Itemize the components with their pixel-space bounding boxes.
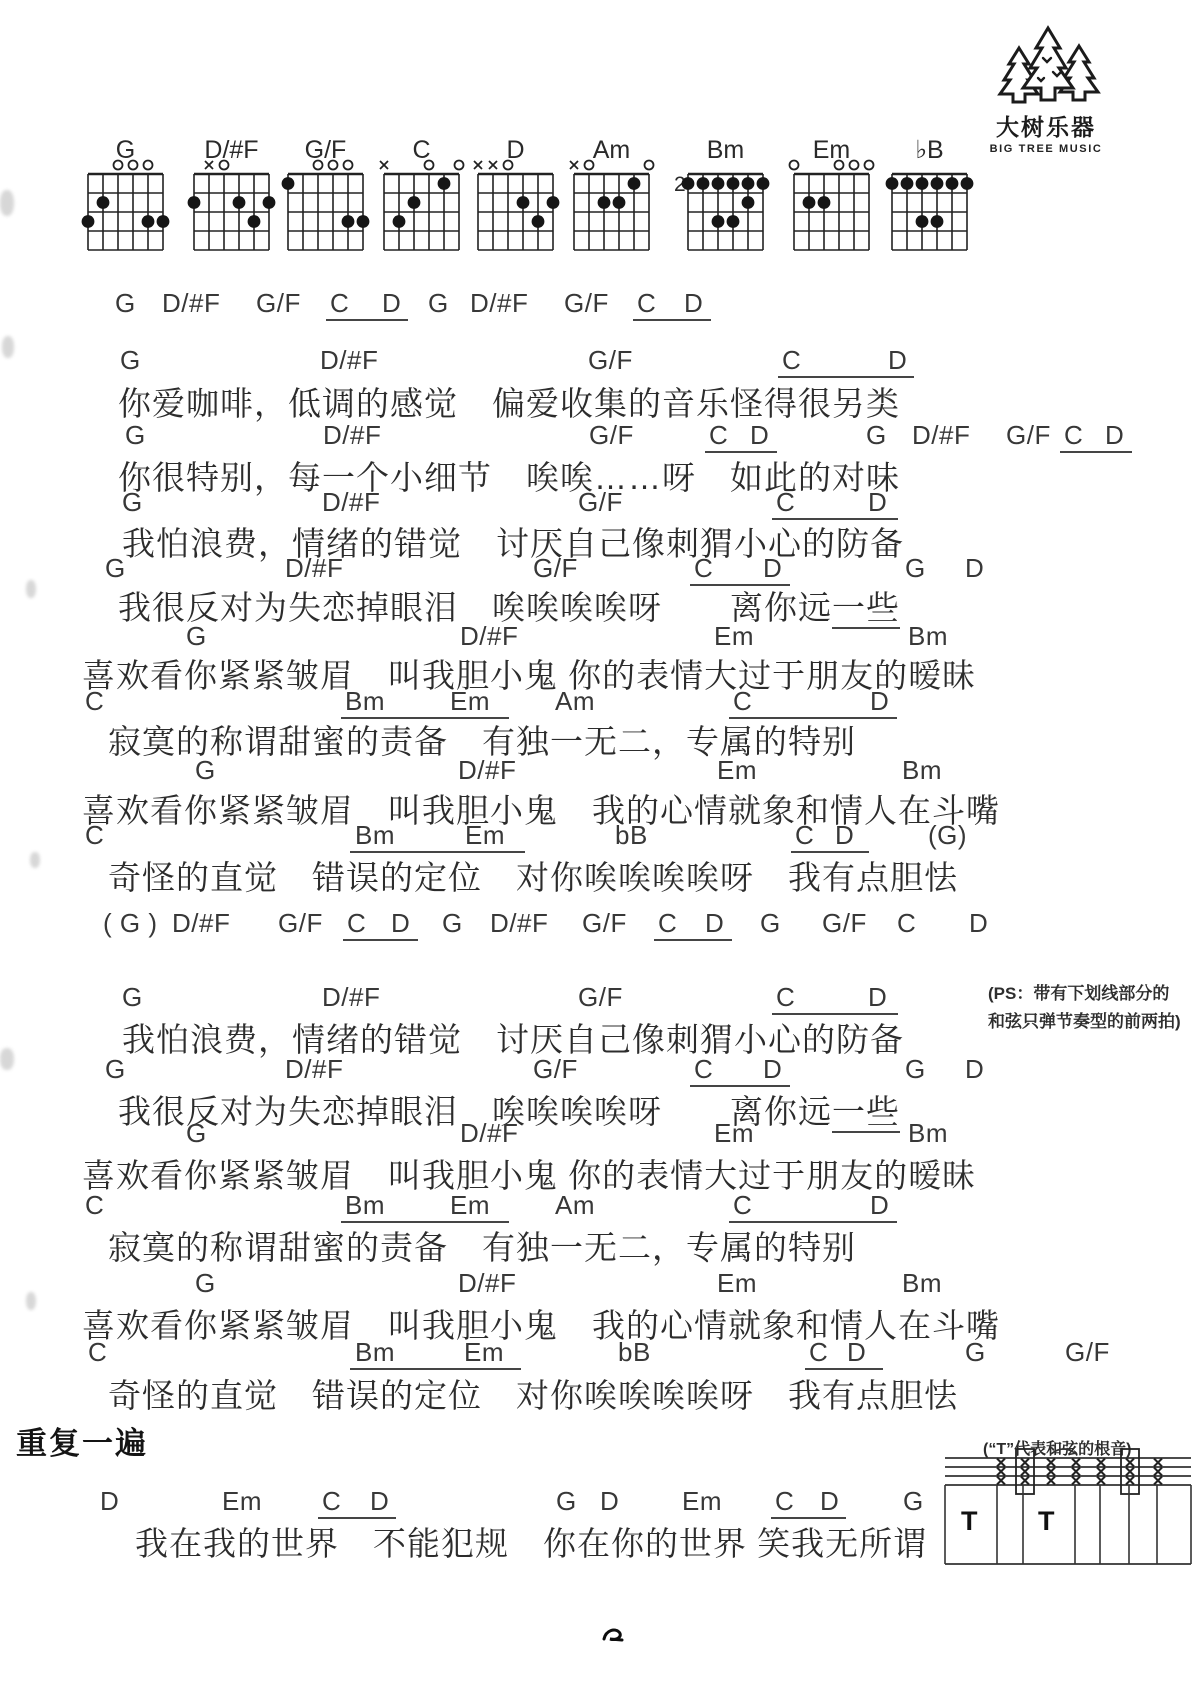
chord-token: G <box>195 755 216 786</box>
repeat-heading: 重复一遍 <box>16 1418 148 1463</box>
chord-token: D/#F <box>322 982 380 1013</box>
chord-token: Em <box>450 1190 490 1221</box>
chord-token: D <box>391 908 410 939</box>
chord-token: Em <box>222 1486 262 1517</box>
chord-token: G/F <box>1006 420 1051 451</box>
chord-token: G <box>115 288 136 319</box>
lyric-line: 你爱咖啡，低调的感觉 偏爱收集的音乐怪得很另类 <box>118 378 900 425</box>
chord-token: G/F <box>533 553 578 584</box>
chord-token: D/#F <box>458 755 516 786</box>
lyric-segment: 我在我的世界 不能犯规 你在你的世界 笑我无所谓 <box>135 1525 927 1562</box>
chord-underline <box>654 939 732 941</box>
chord-token: D <box>370 1486 389 1517</box>
big-tree-logo-icon <box>981 22 1111 106</box>
lyric-line: 喜欢看你紧紧皱眉 叫我胆小鬼 我的心情就象和情人在斗嘴 <box>82 785 1000 832</box>
lyric-segment: 寂寞的称谓甜蜜的责备 有独一无二，专属的特别 <box>108 1229 856 1266</box>
chord-token: C <box>85 1190 104 1221</box>
chord-token: D <box>969 908 988 939</box>
chord-token: C <box>694 1054 713 1085</box>
chord-token: D <box>847 1337 866 1368</box>
chord-token: C <box>733 1190 752 1221</box>
lyric-segment: 喜欢看你紧紧皱眉 叫我胆小鬼 你的表情大过于朋友的暧昧 <box>82 1157 976 1194</box>
ps-note-line2: 和弦只弹节奏型的前两拍) <box>988 1008 1181 1036</box>
chord-token: C <box>347 908 366 939</box>
footer-mark-icon <box>600 1626 628 1649</box>
chord-token: C <box>709 420 728 451</box>
chord-token: D/#F <box>172 908 230 939</box>
chord-token: G/F <box>533 1054 578 1085</box>
root-beat-label: T <box>961 1506 978 1536</box>
lyric-underlined-segment: 一些 <box>832 589 900 629</box>
lyric-segment: 我怕浪费，情绪的错觉 讨厌自己像刺猬小心的防备 <box>122 1021 904 1058</box>
chord-token: D <box>820 1486 839 1517</box>
chord-token: Em <box>464 1337 504 1368</box>
lyric-line: 我怕浪费，情绪的错觉 讨厌自己像刺猬小心的防备 <box>122 518 904 565</box>
chord-diagram-Em: Em <box>778 130 888 260</box>
chord-token: Am <box>555 686 595 717</box>
chord-token: D/#F <box>460 621 518 652</box>
chord-token: D <box>100 1486 119 1517</box>
chord-token: G <box>905 1054 926 1085</box>
lyric-underlined-segment: 一些 <box>832 1093 900 1133</box>
chord-token: D/#F <box>285 553 343 584</box>
chord-token: G <box>195 1268 216 1299</box>
chord-token: C <box>637 288 656 319</box>
chord-diagram-label: ♭B <box>915 136 943 164</box>
lyric-segment: 喜欢看你紧紧皱眉 叫我胆小鬼 我的心情就象和情人在斗嘴 <box>82 792 1000 829</box>
chord-token: G/F <box>578 487 623 518</box>
chord-token: G/F <box>822 908 867 939</box>
chord-token: D/#F <box>912 420 970 451</box>
chord-token: D/#F <box>322 487 380 518</box>
lyric-line: 喜欢看你紧紧皱眉 叫我胆小鬼 你的表情大过于朋友的暧昧 <box>82 650 976 697</box>
chord-underline <box>326 319 408 321</box>
chord-token: C <box>733 686 752 717</box>
brand-logo: 大树乐器 BIG TREE MUSIC <box>980 22 1112 155</box>
chord-underline <box>633 319 711 321</box>
chord-token: G/F <box>582 908 627 939</box>
chord-token: C <box>330 288 349 319</box>
lyric-segment: 奇怪的直觉 错误的定位 对你唉唉唉唉呀 我有点胆怯 <box>108 859 958 896</box>
chord-diagram-label: Em <box>813 136 851 164</box>
chord-token: Em <box>465 820 505 851</box>
chord-diagram-label: Bm <box>707 136 745 164</box>
chord-token: D <box>763 553 782 584</box>
lyric-segment: 我怕浪费，情绪的错觉 讨厌自己像刺猬小心的防备 <box>122 525 904 562</box>
chord-token: D <box>750 420 769 451</box>
chord-token: D <box>705 908 724 939</box>
chord-token: D <box>382 288 401 319</box>
chord-token: (G) <box>928 820 967 851</box>
chord-diagram-G: G <box>72 130 182 260</box>
chord-token: C <box>658 908 677 939</box>
chord-token: G <box>105 553 126 584</box>
chord-token: G <box>105 1054 126 1085</box>
scan-smudge <box>0 1048 14 1070</box>
chord-token: D/#F <box>320 345 378 376</box>
chord-token: C <box>322 1486 341 1517</box>
chord-token: Bm <box>902 755 942 786</box>
chord-token: D <box>870 686 889 717</box>
chord-token: C <box>776 982 795 1013</box>
chord-token: C <box>775 1486 794 1517</box>
chord-token: G <box>556 1486 577 1517</box>
scan-smudge <box>2 336 14 358</box>
chord-token: Am <box>555 1190 595 1221</box>
chord-token: D <box>888 345 907 376</box>
chord-diagram-label: Am <box>593 136 631 164</box>
chord-token: G <box>905 553 926 584</box>
ps-note-line1: (PS：带有下划线部分的 <box>988 980 1181 1008</box>
chord-token: C <box>1064 420 1083 451</box>
chord-token: C <box>694 553 713 584</box>
chord-token: Em <box>717 1268 757 1299</box>
chord-token: G/F <box>589 420 634 451</box>
chord-token: G <box>965 1337 986 1368</box>
chord-sheet-page: 大树乐器 BIG TREE MUSIC GD/#FG/FCDAmBm2Em♭B … <box>0 0 1200 1697</box>
brand-name-cn: 大树乐器 <box>980 109 1112 142</box>
chord-token: G/F <box>278 908 323 939</box>
chord-token: G <box>760 908 781 939</box>
chord-token: G/F <box>1065 1337 1110 1368</box>
chord-token: D/#F <box>162 288 220 319</box>
chord-token: C <box>88 1337 107 1368</box>
chord-token: D/#F <box>470 288 528 319</box>
chord-token: D <box>600 1486 619 1517</box>
chord-underline <box>343 939 418 941</box>
chord-token: C <box>809 1337 828 1368</box>
chord-underline <box>1060 451 1132 453</box>
chord-token: D <box>965 1054 984 1085</box>
chord-token: Bm <box>355 820 395 851</box>
chord-token: G/F <box>564 288 609 319</box>
chord-token: C <box>85 686 104 717</box>
lyric-segment: 奇怪的直觉 错误的定位 对你唉唉唉唉呀 我有点胆怯 <box>108 1377 958 1414</box>
chord-token: Em <box>682 1486 722 1517</box>
ps-note: (PS：带有下划线部分的 和弦只弹节奏型的前两拍) <box>988 980 1181 1036</box>
chord-token: Bm <box>902 1268 942 1299</box>
chord-diagram-D: D <box>462 130 572 260</box>
chord-token: D/#F <box>285 1054 343 1085</box>
chord-token: D/#F <box>323 420 381 451</box>
lyric-line: 寂寞的称谓甜蜜的责备 有独一无二，专属的特别 <box>108 1222 856 1269</box>
chord-token: Em <box>714 1118 754 1149</box>
lyric-segment: 喜欢看你紧紧皱眉 叫我胆小鬼 你的表情大过于朋友的暧昧 <box>82 657 976 694</box>
scan-smudge <box>26 1292 36 1310</box>
chord-token: bB <box>618 1337 651 1368</box>
chord-token: Bm <box>908 621 948 652</box>
chord-token: bB <box>615 820 648 851</box>
chord-token: D <box>1105 420 1124 451</box>
chord-token: G <box>186 621 207 652</box>
chord-token: G/F <box>578 982 623 1013</box>
chord-token: D/#F <box>490 908 548 939</box>
chord-token: D <box>684 288 703 319</box>
chord-token: Bm <box>355 1337 395 1368</box>
chord-token: Em <box>450 686 490 717</box>
chord-token: Bm <box>345 1190 385 1221</box>
chord-token: G <box>120 345 141 376</box>
chord-token: C <box>85 820 104 851</box>
chord-token: Em <box>714 621 754 652</box>
chord-token: G <box>122 982 143 1013</box>
chord-token: D <box>868 487 887 518</box>
chord-token: C <box>776 487 795 518</box>
brand-name-en: BIG TREE MUSIC <box>980 143 1112 155</box>
chord-token: ( G ) <box>103 908 158 939</box>
chord-token: G <box>903 1486 924 1517</box>
chord-diagram-label: D/#F <box>204 136 258 164</box>
scan-smudge <box>30 852 40 868</box>
lyric-line: 我怕浪费，情绪的错觉 讨厌自己像刺猬小心的防备 <box>122 1014 904 1061</box>
chord-token: G/F <box>256 288 301 319</box>
chord-token: D <box>835 820 854 851</box>
chord-token: D <box>763 1054 782 1085</box>
chord-token: D <box>965 553 984 584</box>
chord-token: C <box>897 908 916 939</box>
chord-token: G <box>866 420 887 451</box>
chord-token: G/F <box>588 345 633 376</box>
scan-smudge <box>26 580 36 598</box>
lyric-line: 奇怪的直觉 错误的定位 对你唉唉唉唉呀 我有点胆怯 <box>108 1370 958 1417</box>
chord-token: Bm <box>345 686 385 717</box>
chord-token: G <box>125 420 146 451</box>
chord-diagram-G/F: G/F <box>272 130 382 260</box>
chord-token: D <box>870 1190 889 1221</box>
scan-smudge <box>0 190 14 216</box>
chord-token: D/#F <box>458 1268 516 1299</box>
lyric-segment: 你爱咖啡，低调的感觉 偏爱收集的音乐怪得很另类 <box>118 385 900 422</box>
chord-token: D/#F <box>460 1118 518 1149</box>
chord-diagram-Am: Am <box>558 130 668 260</box>
chord-token: G <box>186 1118 207 1149</box>
rhythm-pattern-diagram: TT <box>935 1448 1200 1580</box>
chord-token: Bm <box>908 1118 948 1149</box>
chord-token: Em <box>717 755 757 786</box>
chord-token: G <box>442 908 463 939</box>
lyric-line: 奇怪的直觉 错误的定位 对你唉唉唉唉呀 我有点胆怯 <box>108 852 958 899</box>
chord-token: C <box>782 345 801 376</box>
lyric-line: 我在我的世界 不能犯规 你在你的世界 笑我无所谓 <box>135 1518 927 1565</box>
chord-diagram-label: G/F <box>305 136 347 164</box>
chord-token: G <box>428 288 449 319</box>
chord-diagram-♭B: ♭B <box>876 130 986 260</box>
chord-token: C <box>795 820 814 851</box>
lyric-line: 喜欢看你紧紧皱眉 叫我胆小鬼 你的表情大过于朋友的暧昧 <box>82 1150 976 1197</box>
chord-diagram-Bm: Bm2 <box>672 130 782 260</box>
root-beat-label: T <box>1038 1506 1055 1536</box>
chord-token: D <box>868 982 887 1013</box>
chord-token: G <box>122 487 143 518</box>
